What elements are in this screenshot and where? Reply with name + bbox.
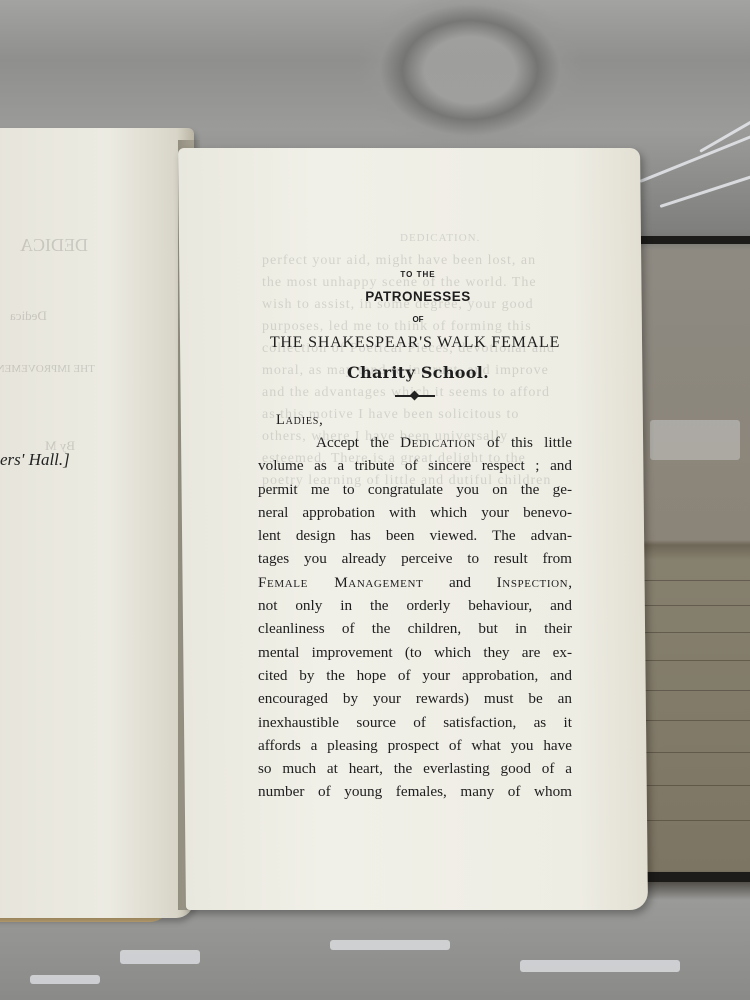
peeling-paint (120, 950, 200, 964)
imprint-fragment: ers' Hall.] (0, 450, 70, 470)
body-line: cleanliness of the children, but in thei… (258, 617, 572, 640)
wood-grain (640, 690, 750, 691)
peeling-paint (30, 975, 100, 984)
salutation: Ladies, (276, 412, 572, 429)
body-line: Accept the Dedication of this little (258, 431, 572, 454)
heading-charity-school: Charity School. (264, 363, 572, 382)
wood-grain (640, 660, 750, 661)
wood-grain (640, 580, 750, 581)
peeling-paint (520, 960, 680, 972)
body-line: volume as a tribute of sincere respect ;… (258, 454, 572, 477)
ornamental-rule-icon (395, 392, 435, 400)
body-line: lent design has been viewed. The advan- (258, 524, 572, 547)
bleed-through-text: DEDICATION. (400, 232, 480, 244)
body-line: permit me to congratulate you on the ge- (258, 478, 572, 501)
body-line: cited by the hope of your approbation, a… (258, 664, 572, 687)
body-line: mental improvement (to which they are ex… (258, 641, 572, 664)
body-line: neral approbation with which your benevo… (258, 501, 572, 524)
body-line: tages you already perceive to result fro… (258, 547, 572, 570)
wood-grain (640, 785, 750, 786)
heading-of: OF (264, 315, 572, 324)
body-line: not only in the orderly behaviour, and (258, 594, 572, 617)
body-line: inexhaustible source of satisfaction, as… (258, 711, 572, 734)
body-line: Female Management and Inspection, (258, 571, 572, 594)
peeling-paint (650, 420, 740, 460)
wood-grain (640, 752, 750, 753)
left-bleed-text: Dedica (10, 308, 47, 324)
wood-grain (640, 632, 750, 633)
left-bleed-text: DEDICA (20, 235, 88, 256)
heading-to-the: TO THE (264, 270, 572, 279)
dedication-body: Accept the Dedication of this little vol… (258, 431, 572, 804)
body-line: encouraged by your rewards) must be an (258, 687, 572, 710)
heading-patronesses: PATRONESSES (264, 289, 572, 304)
heading-school-name: THE SHAKESPEAR'S WALK FEMALE (258, 334, 572, 352)
dedication-page-content: TO THE PATRONESSES OF THE SHAKESPEAR'S W… (258, 270, 572, 804)
left-bleed-text: THE IMPROVEMENT (0, 363, 95, 375)
body-line: so much at heart, the everlasting good o… (258, 757, 572, 780)
plank-gap-lower (640, 872, 750, 882)
wood-grain (640, 720, 750, 721)
bleed-through-text: perfect your aid, might have been lost, … (262, 253, 536, 269)
body-line: affords a pleasing prospect of what you … (258, 734, 572, 757)
wood-grain (640, 820, 750, 821)
peeling-paint (330, 940, 450, 950)
wood-grain (640, 605, 750, 606)
body-line: number of young females, many of whom (258, 780, 572, 803)
